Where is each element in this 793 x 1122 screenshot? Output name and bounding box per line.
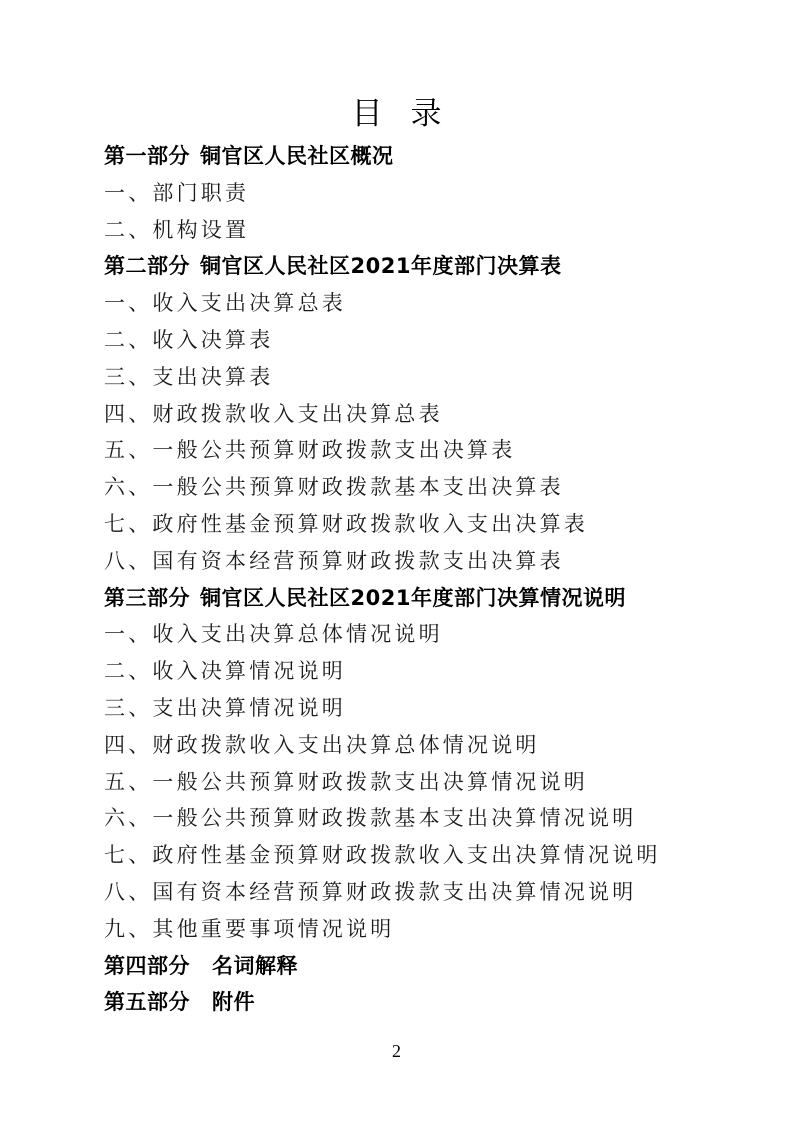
toc-item[interactable]: 八、国有资本经营预算财政拨款支出决算表: [104, 543, 744, 580]
toc-part-3[interactable]: 第三部分铜官区人民社区2021年度部门决算情况说明: [104, 580, 744, 617]
toc-part-label: 第五部分: [104, 990, 190, 1014]
toc-part-label: 第二部分: [104, 254, 190, 278]
toc-part-title: 铜官区人民社区概况: [200, 144, 394, 168]
toc-part-2[interactable]: 第二部分铜官区人民社区2021年度部门决算表: [104, 248, 744, 285]
toc-item[interactable]: 一、部门职责: [104, 175, 744, 212]
toc-item[interactable]: 九、其他重要事项情况说明: [104, 911, 744, 948]
toc-item[interactable]: 二、收入决算表: [104, 322, 744, 359]
toc-item[interactable]: 七、政府性基金预算财政拨款收入支出决算情况说明: [104, 837, 744, 874]
toc-item[interactable]: 七、政府性基金预算财政拨款收入支出决算表: [104, 506, 744, 543]
toc-item[interactable]: 二、机构设置: [104, 212, 744, 249]
table-of-contents: 第一部分铜官区人民社区概况 一、部门职责 二、机构设置 第二部分铜官区人民社区2…: [104, 138, 744, 1021]
document-page: 目录 第一部分铜官区人民社区概况 一、部门职责 二、机构设置 第二部分铜官区人民…: [0, 0, 793, 1122]
toc-part-1[interactable]: 第一部分铜官区人民社区概况: [104, 138, 744, 175]
toc-item[interactable]: 四、财政拨款收入支出决算总体情况说明: [104, 727, 744, 764]
toc-item[interactable]: 一、收入支出决算总表: [104, 285, 744, 322]
toc-item[interactable]: 八、国有资本经营预算财政拨款支出决算情况说明: [104, 874, 744, 911]
toc-part-5[interactable]: 第五部分附件: [104, 984, 744, 1021]
toc-item[interactable]: 二、收入决算情况说明: [104, 653, 744, 690]
toc-item[interactable]: 六、一般公共预算财政拨款基本支出决算表: [104, 469, 744, 506]
toc-item[interactable]: 六、一般公共预算财政拨款基本支出决算情况说明: [104, 800, 744, 837]
toc-item[interactable]: 三、支出决算表: [104, 359, 744, 396]
page-title: 目录: [0, 94, 793, 134]
toc-part-title: 附件: [212, 990, 255, 1014]
toc-item[interactable]: 五、一般公共预算财政拨款支出决算情况说明: [104, 764, 744, 801]
toc-item[interactable]: 五、一般公共预算财政拨款支出决算表: [104, 432, 744, 469]
toc-part-title: 名词解释: [212, 954, 298, 978]
toc-item[interactable]: 四、财政拨款收入支出决算总表: [104, 396, 744, 433]
toc-part-label: 第一部分: [104, 144, 190, 168]
page-number: 2: [0, 1040, 793, 1062]
toc-part-label: 第三部分: [104, 586, 190, 610]
toc-part-4[interactable]: 第四部分名词解释: [104, 948, 744, 985]
toc-item[interactable]: 三、支出决算情况说明: [104, 690, 744, 727]
toc-part-label: 第四部分: [104, 954, 190, 978]
toc-part-title: 铜官区人民社区2021年度部门决算表: [200, 254, 561, 278]
toc-item[interactable]: 一、收入支出决算总体情况说明: [104, 616, 744, 653]
toc-part-title: 铜官区人民社区2021年度部门决算情况说明: [200, 586, 626, 610]
